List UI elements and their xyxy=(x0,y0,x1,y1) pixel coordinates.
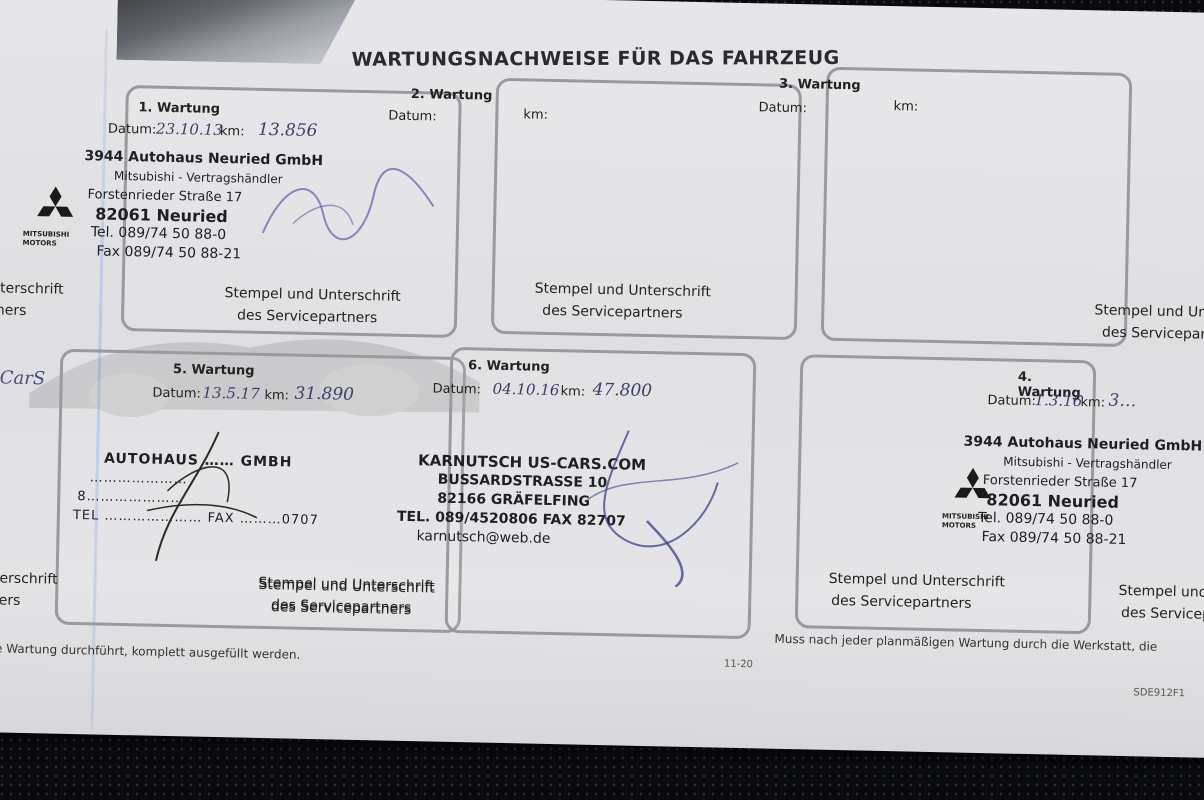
service-6-stamp-caption: Stempel und Unterschrift des Servicepart… xyxy=(258,574,435,622)
service-1-km-value: 13.856 xyxy=(258,120,318,141)
service-4-date-label: Datum: xyxy=(987,393,1036,409)
margin-handwritten-note: CarS xyxy=(0,367,45,389)
service-1-km-label: km: xyxy=(220,124,245,140)
service-1-date-label: Datum: xyxy=(108,122,157,138)
footer-note-right: Muss nach jeder planmäßigen Wartung durc… xyxy=(774,632,1157,654)
service-4-km-value: 3… xyxy=(1108,391,1136,412)
service-5-date-label: Datum: xyxy=(152,386,201,402)
document-code: SDE912F1 xyxy=(1133,687,1185,699)
service-5-date-value: 13.5.17 xyxy=(202,384,260,403)
service-box-3: 3. Wartung Datum: km: Stempel und Unters… xyxy=(821,67,1133,347)
service-5-dealer-stamp: AUTOHAUS …… GMBH ………………… 8………………… TEL ……… xyxy=(73,449,321,530)
footer-note-left: die Wartung durchführt, komplett ausgefü… xyxy=(0,641,301,662)
mitsubishi-motors-label: MITSUBISHI MOTORS xyxy=(22,230,69,249)
partial-stamp-caption-bottom: d Unterschrift partners xyxy=(0,567,58,613)
service-6-km-value: 47.800 xyxy=(592,380,652,401)
service-6-date-label: Datum: xyxy=(432,381,481,397)
service-box-2: 2. Wartung Datum: km: Stempel und Unters… xyxy=(491,78,802,340)
partial-stamp-caption-top: d Unterschrift partners xyxy=(0,277,64,323)
service-6-dealer-stamp: KARNUTSCH US-CARS.COM BUSSARDSTRASSE 10 … xyxy=(396,451,646,551)
service-4-stamp-caption: Stempel und Unterschrift des Servicepart… xyxy=(828,568,1005,616)
mitsubishi-motors-label-2: MITSUBISHI MOTORS xyxy=(942,512,989,531)
service-5-km-label: km: xyxy=(264,388,289,404)
service-2-header: 2. Wartung xyxy=(411,87,493,104)
service-6-header: 6. Wartung xyxy=(468,358,550,375)
service-6-km-label: km: xyxy=(560,384,585,400)
page-code: 11-20 xyxy=(724,659,753,671)
service-1-dealer-stamp: 3944 Autohaus Neuried GmbH Mitsubishi - … xyxy=(82,147,323,266)
page-title: WARTUNGSNACHWEISE FÜR DAS FAHRZEUG xyxy=(352,47,840,71)
service-1-date-value: 23.10.13 xyxy=(156,120,223,139)
service-3-stamp-caption: Stempel und Unterschrift des Servicepart… xyxy=(1094,299,1204,347)
service-5-header: 5. Wartung xyxy=(173,362,255,379)
service-4-km-label: km: xyxy=(1080,395,1105,411)
mitsubishi-logo-icon-2 xyxy=(952,467,993,504)
service-3-km-label: km: xyxy=(893,99,918,115)
service-5-km-value: 31.890 xyxy=(294,384,354,405)
service-2-stamp-caption: Stempel und Unterschrift des Servicepart… xyxy=(534,278,711,326)
service-3-date-label: Datum: xyxy=(758,100,807,116)
service-next-stamp-caption: Stempel und Unterschrift des Servicepart… xyxy=(1118,580,1204,628)
service-2-date-label: Datum: xyxy=(388,109,437,125)
service-booklet-page: WARTUNGSNACHWEISE FÜR DAS FAHRZEUG 1. Wa… xyxy=(0,0,1204,758)
service-4-date-value: 1.3.16 xyxy=(1034,391,1082,410)
service-2-km-label: km: xyxy=(523,107,548,123)
service-1-header: 1. Wartung xyxy=(138,100,220,117)
mitsubishi-logo-icon xyxy=(35,186,76,223)
service-3-header: 3. Wartung xyxy=(779,77,861,94)
service-1-stamp-caption: Stempel und Unterschrift des Servicepart… xyxy=(224,282,401,330)
service-4-dealer-stamp: 3944 Autohaus Neuried GmbH Mitsubishi - … xyxy=(961,433,1202,552)
service-6-date-value: 04.10.16 xyxy=(492,380,559,399)
folded-page-corner xyxy=(116,0,357,65)
